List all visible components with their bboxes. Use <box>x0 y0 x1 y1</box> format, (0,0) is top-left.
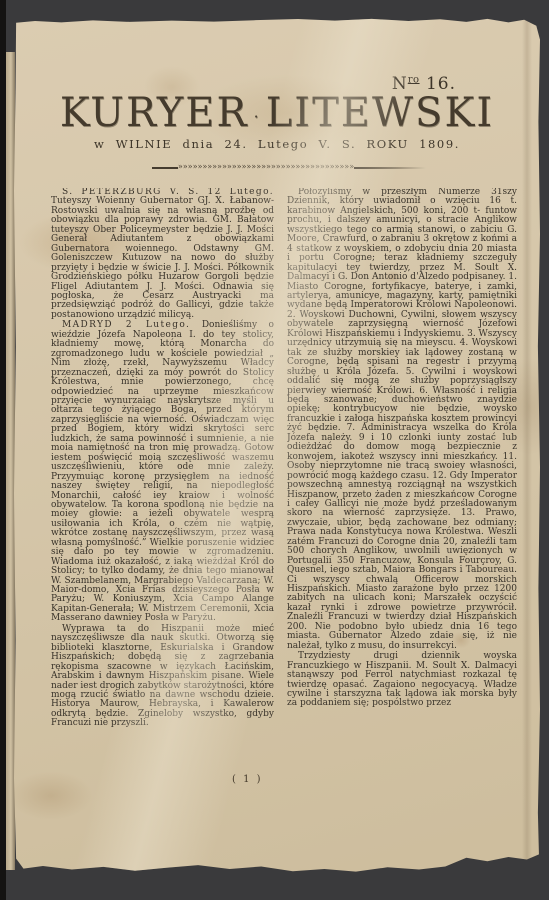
scanned-newspaper-view: { "page": { "backdrop_color": "#3a3a3c",… <box>0 0 549 900</box>
masthead-word-2: LITEWSKI <box>266 90 494 136</box>
masthead-separator-ornament: · <box>249 107 266 126</box>
masthead-word-1: KURYER <box>60 90 249 136</box>
header-divider: »»»»»»»»»»»»»»»»»»»»»»»»»»»»»»»»»»»» <box>26 164 549 172</box>
article-paragraph: Trzydziesty drugi dziennik woyska Francu… <box>287 652 517 709</box>
article-columns: S. PETERZBURG V. S. 12 Lutego. Tuteyszy … <box>51 188 517 794</box>
divider-right-rule <box>354 167 426 169</box>
divider-left-rule <box>152 167 178 170</box>
newspaper-page: Nro 16. KURYER·LITEWSKI w WILNIE dnia 24… <box>14 18 540 882</box>
dateline: w WILNIE dnia 24. Lutego V. S. ROKU 1809… <box>14 137 540 151</box>
issue-superscript: ro <box>408 74 420 85</box>
article-body: Wyprawa ta do Hiszpanii może mieć nayszc… <box>51 624 274 729</box>
article-body: Tuteyszy Woienny Gubernator GJ. X. Łaban… <box>51 196 274 319</box>
right-column: Położyliśmy w przeszłym Numerze 31szy Dz… <box>287 188 517 794</box>
article-body: Donieśliśmy o wieździe Józefa Napoleona … <box>51 320 274 623</box>
article-paragraph: Położyliśmy w przeszłym Numerze 31szy Dz… <box>287 188 517 651</box>
article-paragraph: MADRYD 2 Lutego. Donieśliśmy o wieździe … <box>51 321 274 624</box>
left-column: S. PETERZBURG V. S. 12 Lutego. Tuteyszy … <box>51 188 274 794</box>
page-number: ( 1 ) <box>232 774 263 785</box>
adjacent-page-edge <box>6 52 15 870</box>
divider-chain-ornament: »»»»»»»»»»»»»»»»»»»»»»»»»»»»»»»»»»»» <box>178 163 354 171</box>
article-body: Trzydziesty drugi dziennik woyska Francu… <box>287 651 517 708</box>
article-body: Położyliśmy w przeszłym Numerze 31szy Dz… <box>287 188 517 651</box>
masthead-title: KURYER·LITEWSKI <box>14 90 540 136</box>
article-paragraph: S. PETERZBURG V. S. 12 Lutego. Tuteyszy … <box>51 188 274 320</box>
article-paragraph: Wyprawa ta do Hiszpanii może mieć nayszc… <box>51 625 274 729</box>
